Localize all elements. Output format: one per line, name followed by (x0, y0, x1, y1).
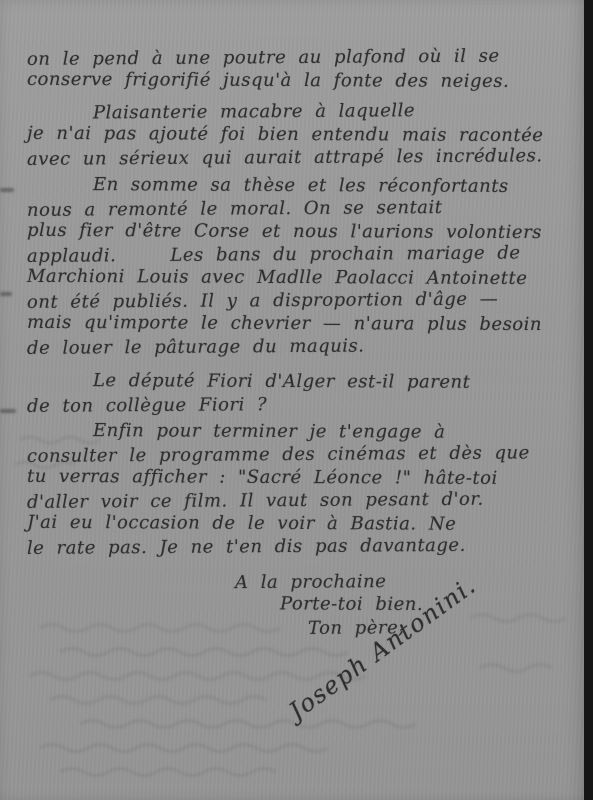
letter-closing: A la prochaine Porte-toi bien. Ton père, (27, 570, 563, 639)
margin-ink-smudge (0, 292, 12, 296)
letter-body: on le pend à une poutre au plafond où il… (27, 46, 563, 639)
letter-line: ont été publiés. Il y a disproportion d'… (27, 287, 563, 314)
letter-line: de louer le pâturage du maquis. (27, 333, 563, 360)
letter-line: d'aller voir ce film. Il vaut son pesant… (27, 487, 563, 514)
letter-line: le rate pas. Je ne t'en dis pas davantag… (27, 533, 563, 560)
letter-line: Marchioni Louis avec Madlle Paolacci Ant… (27, 265, 563, 290)
letter-line: conserve frigorifié jusqu'à la fonte des… (27, 68, 563, 93)
letter-line: J'ai eu l'occasion de le voir à Bastia. … (27, 511, 563, 536)
letter-line: En somme sa thèse et les réconfortants (27, 173, 563, 198)
letter-line: mais qu'importe le chevrier — n'aura plu… (27, 311, 563, 336)
letter-line: on le pend à une poutre au plafond où il… (27, 44, 563, 71)
letter-line: nous a remonté le moral. On se sentait (27, 195, 563, 222)
letter-line: plus fier d'être Corse et nous l'aurions… (27, 219, 563, 244)
scan-edge (584, 0, 593, 800)
letter-line: applaudi.Les bans du prochain mariage de (27, 241, 563, 268)
letter-line: avec un sérieux qui aurait attrapé les i… (27, 144, 563, 171)
margin-ink-smudge (0, 188, 14, 192)
letter-line-segment: applaudi. (27, 245, 117, 267)
letter-line: Enfin pour terminer je t'engage à (27, 419, 563, 444)
letter-line: je n'ai pas ajouté foi bien entendu mais… (27, 122, 563, 147)
letter-line: Plaisanterie macabre à laquelle (27, 98, 563, 125)
margin-ink-smudge (0, 409, 16, 413)
letter-page: on le pend à une poutre au plafond où il… (0, 0, 593, 800)
letter-line-segment: Les bans du prochain mariage de (170, 242, 520, 265)
letter-line: Le député Fiori d'Alger est-il parent (27, 369, 563, 394)
closing-line: A la prochaine (235, 569, 563, 594)
letter-line: de ton collègue Fiori ? (27, 391, 563, 418)
letter-line: consulter le programme des cinémas et dè… (27, 441, 563, 468)
letter-line: tu verras afficher : "Sacré Léonce !" hâ… (27, 465, 563, 490)
